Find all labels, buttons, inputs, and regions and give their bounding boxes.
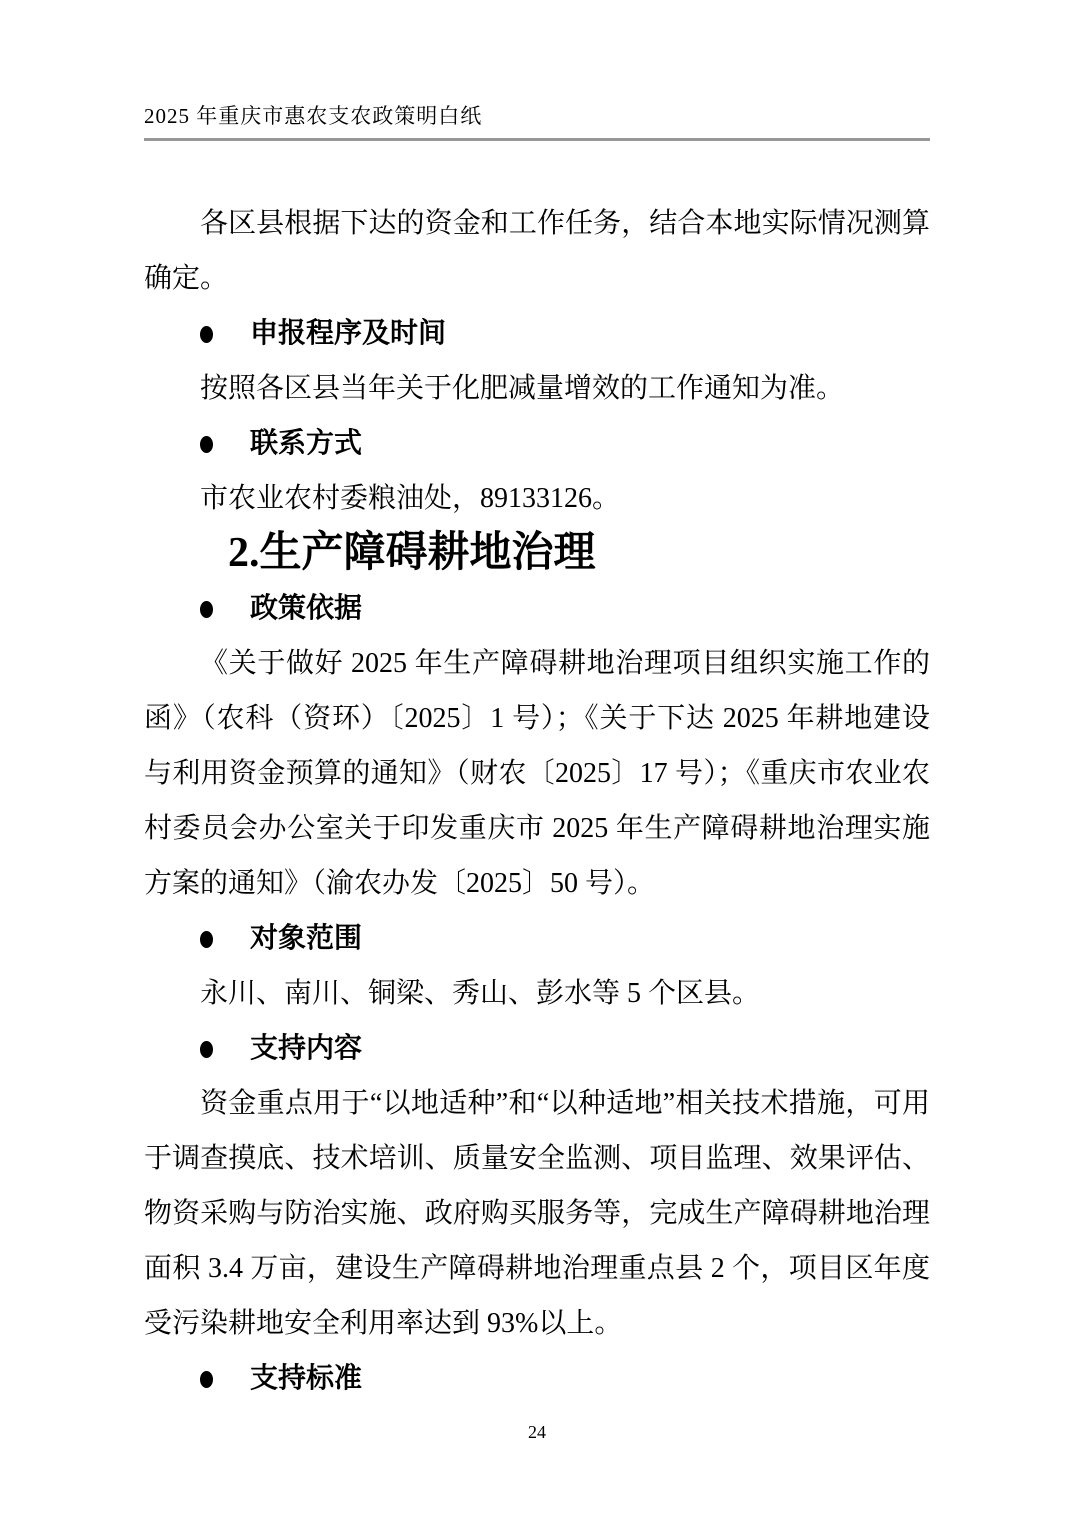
bullet-icon — [200, 326, 213, 343]
bullet-label: 政策依据 — [250, 593, 362, 624]
bullet-item-support-content: 支持内容 — [144, 1021, 930, 1076]
bullet-icon — [200, 436, 213, 453]
bullet-icon — [200, 1041, 213, 1058]
bullet-label: 申报程序及时间 — [250, 318, 446, 349]
bullet-label: 联系方式 — [250, 428, 362, 459]
page-footer: 24 — [0, 1418, 1074, 1446]
page-header: 2025 年重庆市惠农支农政策明白纸 — [144, 100, 930, 141]
section-heading-farmland-treatment: 2.生产障碍耕地治理 — [144, 526, 930, 581]
bullet-item-target-scope: 对象范围 — [144, 911, 930, 966]
bullet-item-application-procedure: 申报程序及时间 — [144, 306, 930, 361]
bullet-icon — [200, 931, 213, 948]
bullet-icon — [200, 1371, 213, 1388]
bullet-label: 支持内容 — [250, 1033, 362, 1064]
page-number: 24 — [528, 1422, 546, 1442]
bullet-item-policy-basis: 政策依据 — [144, 581, 930, 636]
bullet-label: 对象范围 — [250, 923, 362, 954]
para-target-scope: 永川、南川、铜梁、秀山、彭水等 5 个区县。 — [144, 966, 930, 1021]
para-funding-determination: 各区县根据下达的资金和工作任务，结合本地实际情况测算确定。 — [144, 196, 930, 306]
para-support-content: 资金重点用于“以地适种”和“以种适地”相关技术措施，可用于调查摸底、技术培训、质… — [144, 1076, 930, 1351]
para-policy-basis: 《关于做好 2025 年生产障碍耕地治理项目组织实施工作的函》（农科（资环）〔2… — [144, 636, 930, 911]
document-header-title: 2025 年重庆市惠农支农政策明白纸 — [144, 100, 930, 132]
bullet-icon — [200, 601, 213, 618]
bullet-label: 支持标准 — [250, 1363, 362, 1394]
document-body: 各区县根据下达的资金和工作任务，结合本地实际情况测算确定。 申报程序及时间 按照… — [144, 196, 930, 1406]
para-application-procedure: 按照各区县当年关于化肥减量增效的工作通知为准。 — [144, 361, 930, 416]
header-rule — [144, 138, 930, 141]
bullet-item-support-standard: 支持标准 — [144, 1351, 930, 1406]
para-contact-info: 市农业农村委粮油处，89133126。 — [144, 471, 930, 526]
bullet-item-contact: 联系方式 — [144, 416, 930, 471]
document-page: { "header": { "title": "2025 年重庆市惠农支农政策明… — [0, 0, 1074, 1520]
